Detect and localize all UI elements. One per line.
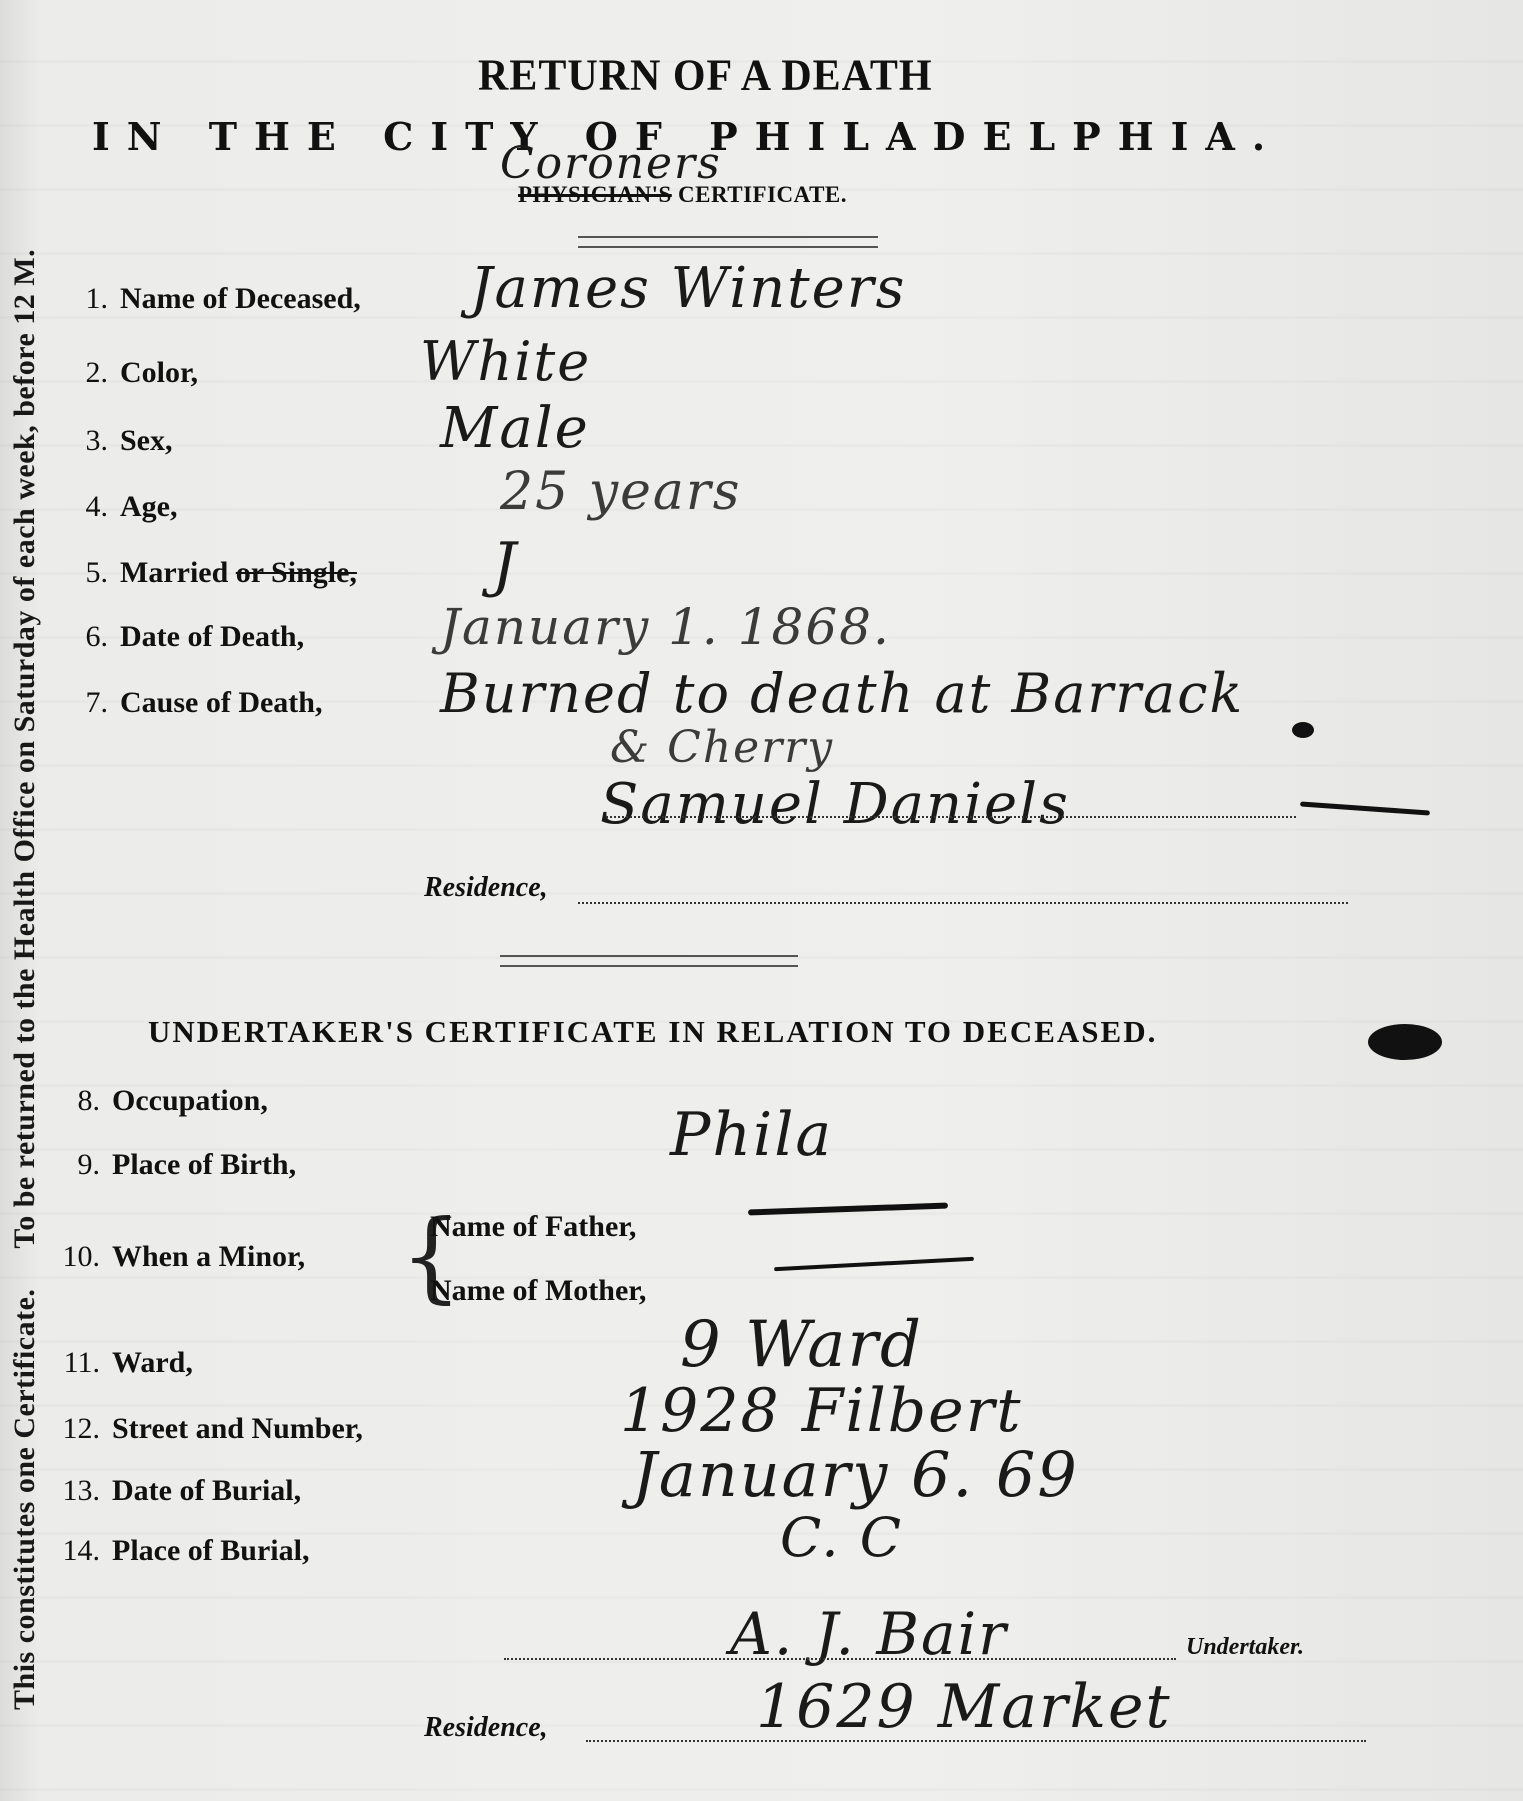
double-rule xyxy=(578,236,878,248)
field-date-of-death: 6.Date of Death, xyxy=(52,620,304,654)
physician-heading-rest: CERTIFICATE. xyxy=(678,182,847,207)
document-title: RETURN OF A DEATH xyxy=(478,51,933,101)
side-notice: This constitutes one Certificate.To be r… xyxy=(8,70,54,1710)
physician-heading-struck: PHYSICIAN'S xyxy=(518,182,672,207)
physician-residence-line xyxy=(578,902,1348,904)
value-color: White xyxy=(420,330,591,393)
value-street-and-number: 1928 Filbert xyxy=(620,1376,1023,1446)
field-age: 4.Age, xyxy=(52,490,177,524)
value-married: J xyxy=(492,530,518,600)
value-age: 25 years xyxy=(500,462,741,522)
physician-signature: Samuel Daniels xyxy=(600,772,1070,837)
value-ward: 9 Ward xyxy=(680,1308,923,1382)
field-ward: 11.Ward, xyxy=(44,1346,193,1380)
undertaker-residence-value: 1629 Market xyxy=(756,1672,1172,1742)
field-occupation: 8.Occupation, xyxy=(44,1084,268,1118)
ink-blot xyxy=(1292,722,1314,738)
physician-certificate-heading: PHYSICIAN'S CERTIFICATE. xyxy=(518,182,847,208)
field-date-of-burial: 13.Date of Burial, xyxy=(44,1474,301,1508)
field-cause-of-death: 7.Cause of Death, xyxy=(52,686,323,720)
ink-blot xyxy=(1368,1024,1442,1060)
value-cause-of-death-line2: & Cherry xyxy=(610,722,834,773)
field-married: 5.Married or Single, xyxy=(52,556,357,590)
undertaker-residence-label: Residence, xyxy=(424,1712,548,1744)
physician-residence-label: Residence, xyxy=(424,872,548,904)
field-place-of-burial: 14.Place of Burial, xyxy=(44,1534,309,1568)
value-sex: Male xyxy=(440,396,590,461)
field-color: 2.Color, xyxy=(52,356,198,390)
side-notice-part1: This constitutes one Certificate. xyxy=(8,1289,42,1710)
undertaker-signature-line xyxy=(504,1658,1176,1660)
side-notice-part2: To be returned to the Health Office on S… xyxy=(8,249,42,1249)
field-name-of-deceased: 1.Name of Deceased, xyxy=(52,282,361,316)
signature-line xyxy=(606,816,1296,818)
double-rule xyxy=(500,955,798,967)
field-name-of-mother: Name of Mother, xyxy=(430,1274,646,1308)
field-name-of-father: Name of Father, xyxy=(430,1210,636,1244)
field-when-a-minor: 10.When a Minor, xyxy=(44,1240,305,1274)
field-sex: 3.Sex, xyxy=(52,424,173,458)
value-name-of-deceased: James Winters xyxy=(470,256,906,321)
value-cause-of-death: Burned to death at Barrack xyxy=(440,662,1244,725)
undertaker-section-heading: UNDERTAKER'S CERTIFICATE IN RELATION TO … xyxy=(148,1014,1157,1050)
value-date-of-burial: January 6. 69 xyxy=(632,1438,1079,1511)
undertaker-label: Undertaker. xyxy=(1186,1634,1304,1661)
field-street-and-number: 12.Street and Number, xyxy=(44,1412,363,1446)
value-date-of-death: January 1. 1868. xyxy=(440,598,891,656)
field-place-of-birth: 9.Place of Birth, xyxy=(44,1148,296,1182)
value-place-of-burial: C. C xyxy=(780,1506,903,1569)
value-place-of-birth: Phila xyxy=(670,1100,833,1170)
